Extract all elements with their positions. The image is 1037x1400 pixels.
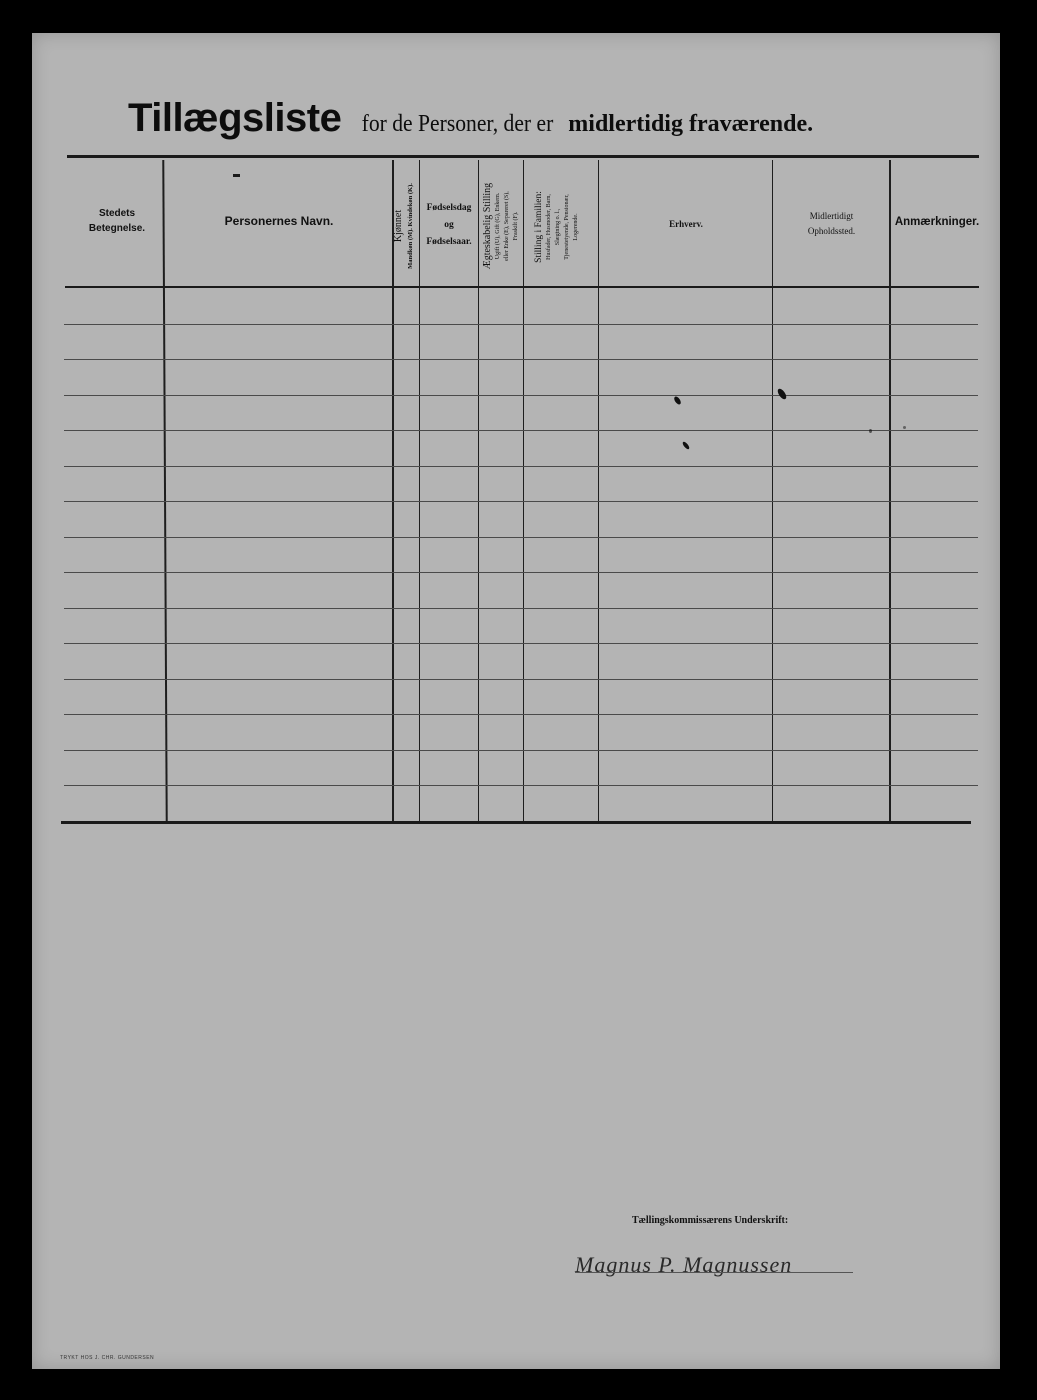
- ink-mark: [903, 426, 906, 429]
- row-separator: [64, 395, 978, 396]
- row-separator: [64, 501, 978, 502]
- ink-mark: [869, 429, 872, 433]
- signature-line: [575, 1272, 853, 1273]
- header-aegteskab-line4: Fraskilt (F).: [512, 166, 521, 286]
- row-separator: [64, 679, 978, 680]
- signature: Magnus P. Magnussen: [575, 1252, 792, 1278]
- header-opholdssted-line1: Midlertidigt: [773, 209, 890, 224]
- header-stedets: Stedets Betegnelse.: [70, 206, 164, 236]
- row-separator: [64, 359, 978, 360]
- header-familie-line4: Tjenestetyende, Pensionær,: [563, 167, 572, 287]
- row-separator: [64, 324, 978, 325]
- header-kjon-sub: Mandkøn (M). Kvindekøn (K).: [405, 168, 417, 284]
- header-aegteskab-line3: eller Enke (E), Separeret (S),: [503, 166, 512, 286]
- row-separator: [64, 714, 978, 715]
- title-main: Tillægsliste: [128, 96, 341, 140]
- col-divider-6: [598, 160, 599, 821]
- header-dash-mark: [233, 174, 240, 177]
- header-stedets-line1: Stedets: [70, 206, 164, 221]
- row-separator: [64, 750, 978, 751]
- header-fodsel-line2: og: [420, 217, 478, 234]
- row-separator: [64, 643, 978, 644]
- header-familie-line5: Logerende.: [572, 167, 581, 287]
- row-separator: [64, 785, 978, 786]
- header-navn: Personernes Navn.: [166, 214, 392, 228]
- row-separator: [64, 608, 978, 609]
- header-stedets-line2: Betegnelse.: [70, 221, 164, 236]
- form-title: Tillægsliste for de Personer, der er mid…: [128, 96, 813, 141]
- row-separator: [64, 537, 978, 538]
- table-bottom-rule: [61, 821, 971, 824]
- header-aegteskab: Ægteskabelig Stilling Ugift (U), Gift (G…: [482, 166, 522, 286]
- signature-label: Tællingskommissærens Underskrift:: [632, 1215, 788, 1226]
- header-kjon: Kjønnet Mandkøn (M). Kvindekøn (K).: [393, 168, 419, 284]
- header-opholdssted: Midlertidigt Opholdssted.: [773, 209, 890, 239]
- table-top-rule: [67, 155, 979, 158]
- row-separator: [64, 572, 978, 573]
- header-opholdssted-line2: Opholdssted.: [773, 224, 890, 239]
- header-fodsel-line3: Fødselsaar.: [420, 234, 478, 251]
- header-familie: Stilling i Familien: Husfader, Husmoder,…: [533, 167, 587, 287]
- col-divider-5: [523, 160, 524, 821]
- header-anmaerkninger: Anmærkninger.: [891, 216, 983, 228]
- header-aegteskab-line2: Ugift (U), Gift (G), Enkem.: [494, 166, 503, 286]
- header-fodsel-line1: Fødselsdag: [420, 200, 478, 217]
- header-fodsel: Fødselsdag og Fødselsaar.: [420, 200, 478, 251]
- header-kjon-title: Kjønnet: [393, 168, 405, 284]
- title-subtitle: for de Personer, der er: [362, 111, 554, 138]
- header-familie-line3: Slægtning o. l.,: [554, 167, 563, 287]
- header-erhverv: Erhverv.: [600, 219, 772, 229]
- title-emphasis: midlertidig fraværende.: [568, 111, 813, 137]
- col-divider-4: [478, 160, 479, 821]
- header-bottom-rule: [65, 286, 979, 288]
- col-divider-7: [772, 160, 773, 821]
- row-separator: [64, 466, 978, 467]
- header-familie-line2: Husfader, Husmoder, Barn,: [545, 167, 554, 287]
- printer-mark: TRYKT HOS J. CHR. GUNDERSEN: [60, 1355, 154, 1361]
- header-familie-line1: Stilling i Familien:: [533, 167, 545, 287]
- col-divider-8: [889, 160, 891, 821]
- col-divider-3: [419, 160, 420, 821]
- header-aegteskab-line1: Ægteskabelig Stilling: [482, 166, 494, 286]
- row-separator: [64, 430, 978, 431]
